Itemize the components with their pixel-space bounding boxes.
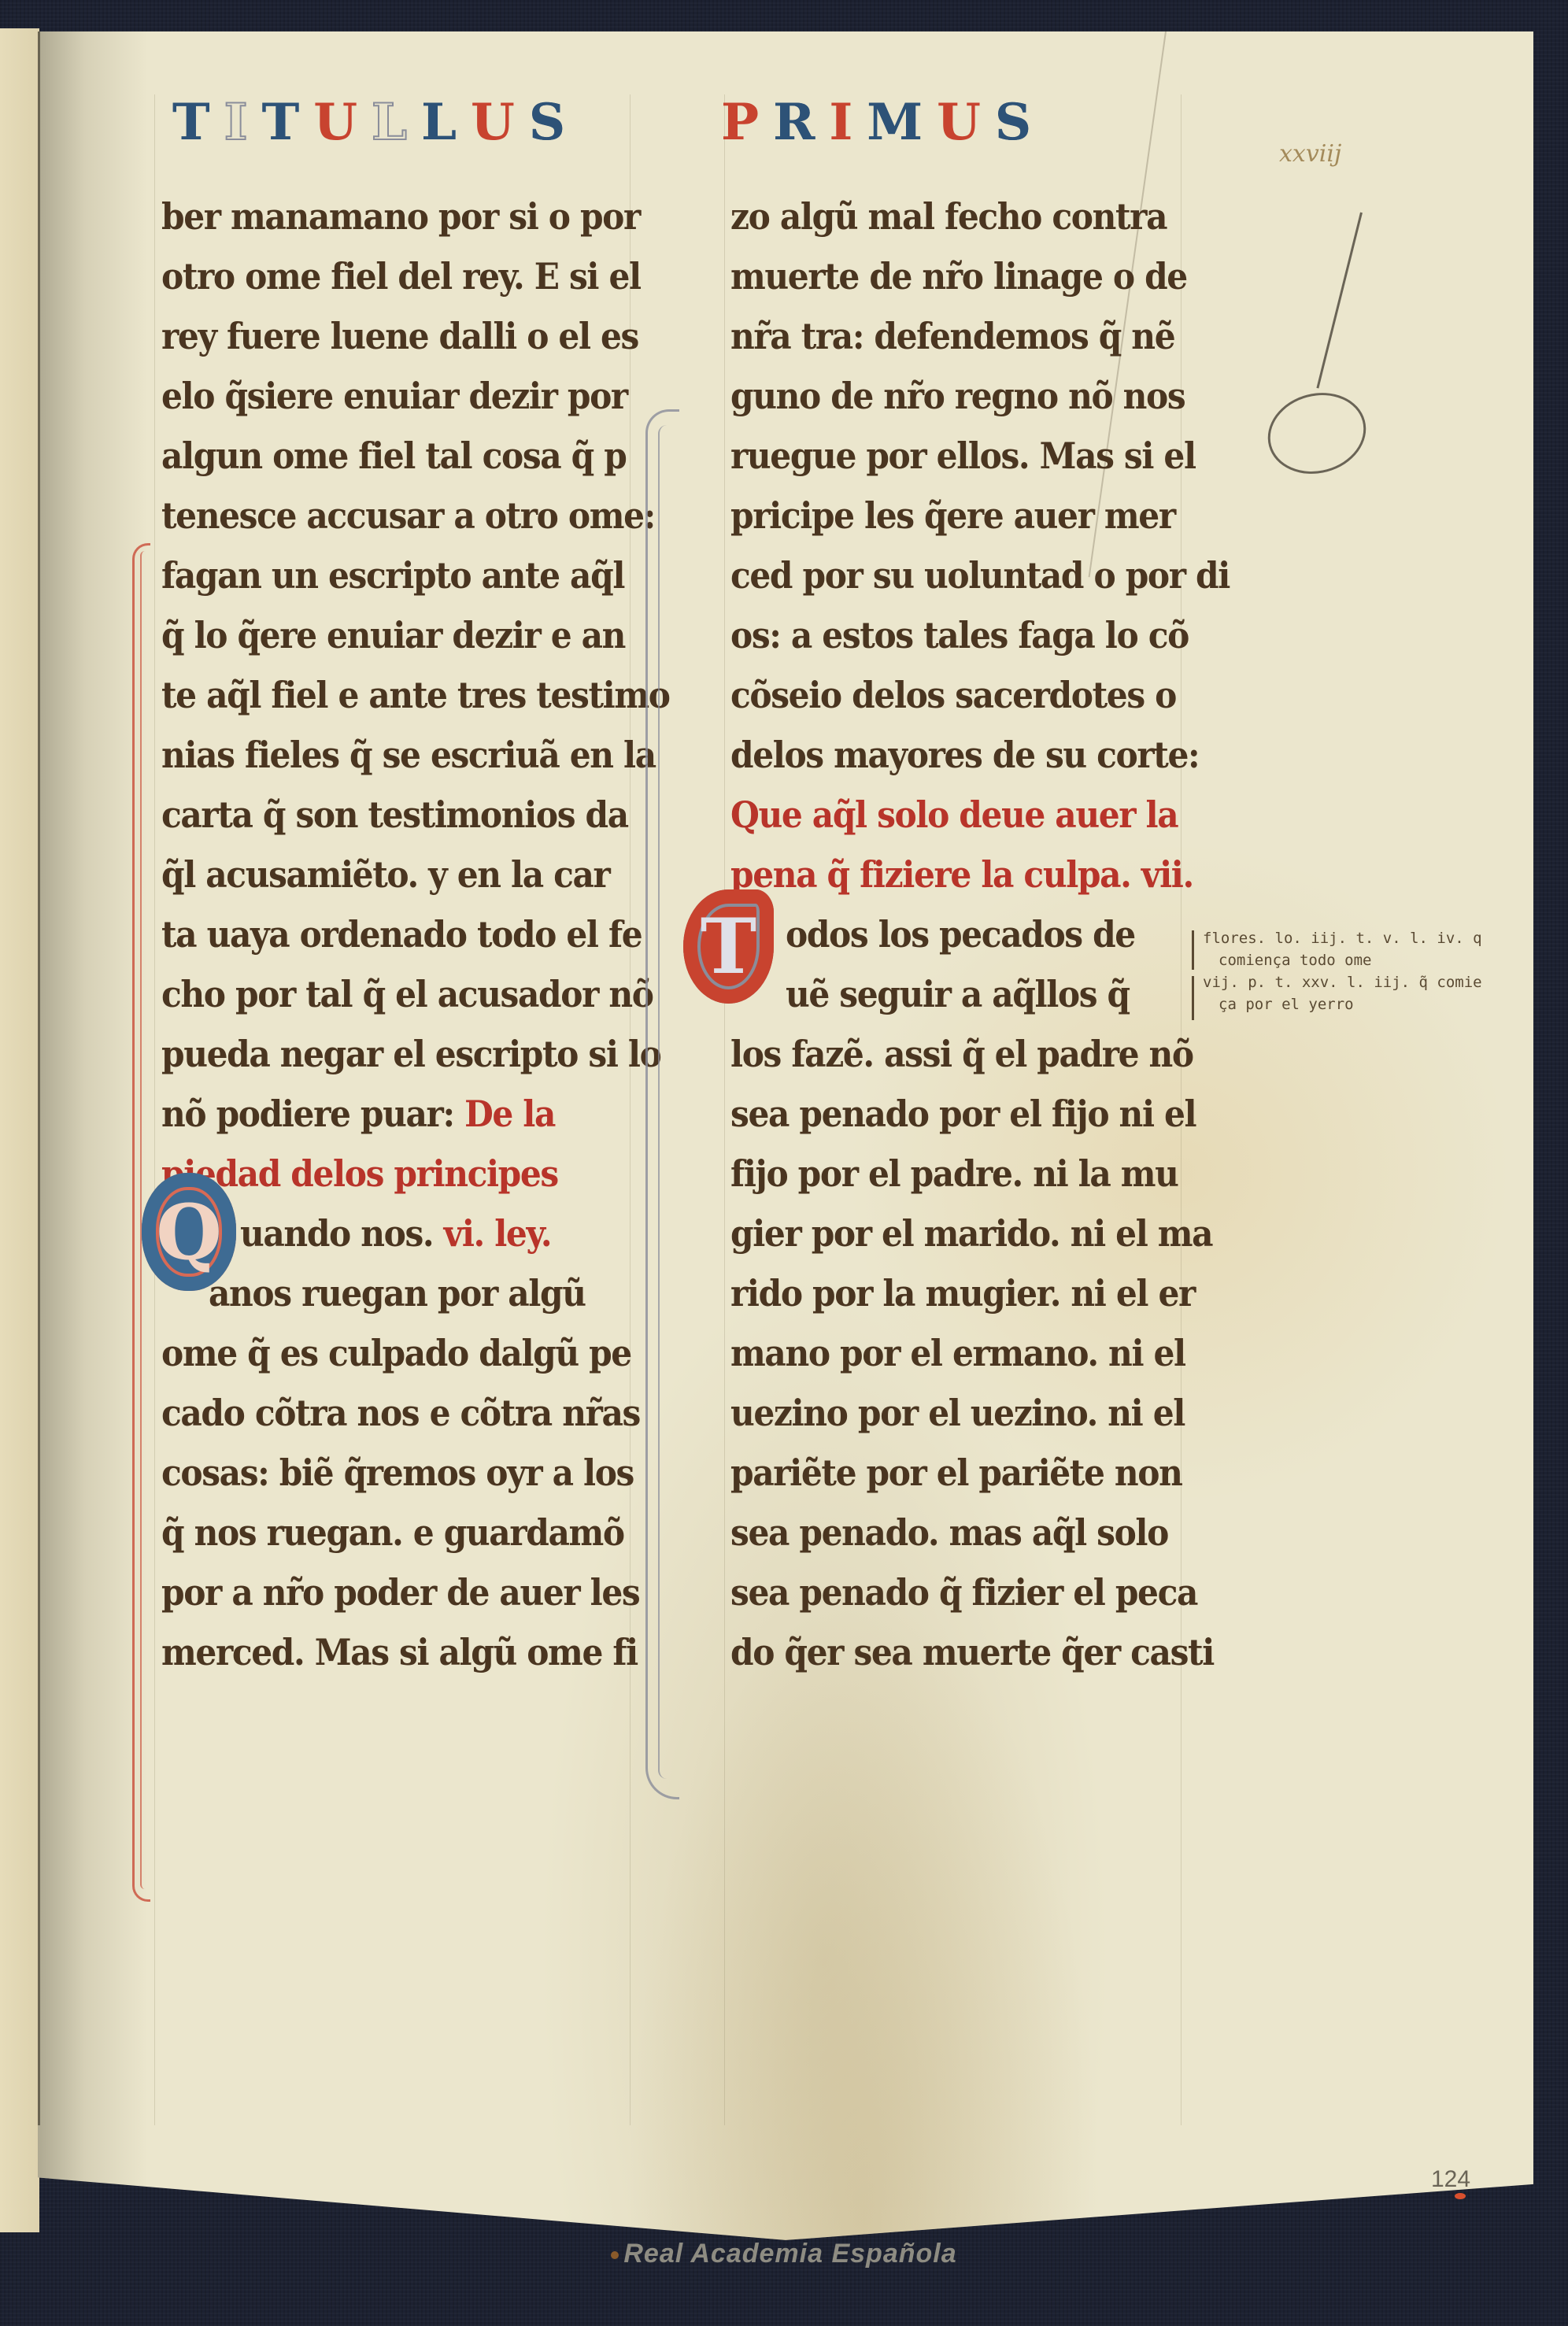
annotation-line: comiença todo ome (1203, 949, 1482, 971)
watermark-text: Real Academia Española (623, 2239, 956, 2269)
text-line: muerte de nr̃o linage o de (730, 255, 1187, 298)
text-line: pricipe les q̃ere auer mer (730, 494, 1175, 537)
text-line: algun ome fiel tal cosa q̃ p (161, 435, 626, 477)
text-line: ome q̃ es culpado dalgũ pe (161, 1332, 631, 1374)
text-line: ta uaya ordenado todo el fe (161, 913, 642, 956)
text-line: ber manamano por si o por (161, 195, 640, 238)
folio-number: 124 (1431, 2166, 1470, 2193)
text-line: uẽ seguir a aq̃llos q̃ (786, 973, 1130, 1015)
ruling-line (724, 94, 725, 2125)
text-line: fijo por el padre. ni la mu (730, 1152, 1178, 1195)
stain-dot (611, 2251, 619, 2259)
text-line: uando nos. vi. ley. (240, 1212, 551, 1255)
decorated-initial-t: T (683, 889, 774, 1004)
text-line: pueda negar el escripto si lo (161, 1033, 660, 1075)
rubric-line: Que aq̃l solo deue auer la (730, 793, 1178, 836)
top-margin-note: xxviij (1279, 140, 1341, 168)
text-line: sea penado q̃ fizier el peca (730, 1571, 1197, 1614)
text-line: delos mayores de su corte: (730, 734, 1199, 776)
text-line: q̃ nos ruegan. e guardamõ (161, 1511, 624, 1554)
text-line: rey fuere luene dalli o el es (161, 315, 638, 357)
red-folio-mark (1455, 2193, 1466, 2199)
text-line: anos ruegan por algũ (209, 1272, 586, 1315)
text-line: sea penado por el fijo ni el (730, 1093, 1196, 1135)
text-line: cõseio delos sacerdotes o (730, 674, 1176, 716)
text-line: te aq̃l fiel e ante tres testimo (161, 674, 670, 716)
text-line: nr̃a tra: defendemos q̃ nẽ (730, 315, 1174, 357)
text-fragment: nõ podiere puar: (161, 1093, 454, 1135)
rubric-line: pena q̃ fiziere la culpa. vii. (730, 853, 1193, 896)
decorated-initial-q: Q (142, 1173, 236, 1291)
annotation-line: flores. lo. iij. t. v. l. iv. q (1203, 927, 1482, 949)
red-penwork-flourish (140, 551, 150, 1889)
text-line: zo algũ mal fecho contra (730, 195, 1167, 238)
previous-page-edge (0, 28, 39, 2232)
text-line: do q̃er sea muerte q̃er casti (730, 1631, 1214, 1673)
bracket-icon (1192, 976, 1194, 1020)
text-line: guno de nr̃o regno nõ nos (730, 375, 1185, 417)
text-line: elo q̃siere enuiar dezir por (161, 375, 627, 417)
annotation-line: vij. p. t. xxv. l. iij. q̃ comie (1203, 971, 1482, 993)
text-line: merced. Mas si algũ ome fi (161, 1631, 638, 1673)
text-line: rido por la mugier. ni el er (730, 1272, 1195, 1315)
text-line: carta q̃ son testimonios da (161, 793, 628, 836)
gutter-shadow (38, 31, 40, 2125)
text-line: por a nr̃o poder de auer les (161, 1571, 639, 1614)
text-line: gier por el marido. ni el ma (730, 1212, 1212, 1255)
text-line: q̃ lo q̃ere enuiar dezir e an (161, 614, 625, 656)
marginal-annotation: flores. lo. iij. t. v. l. iv. q comiença… (1203, 927, 1482, 1015)
watermark: Real Academia Española (0, 2239, 1568, 2269)
text-line: cho por tal q̃ el acusador nõ (161, 973, 653, 1015)
running-heading-left: TITULLUS (169, 93, 576, 152)
text-line: q̃l acusamiẽto. y en la car (161, 853, 609, 896)
ruling-line (154, 94, 155, 2125)
text-line: otro ome fiel del rey. E si el (161, 255, 641, 298)
text-line: fagan un escripto ante aq̃l (161, 554, 624, 597)
grey-penwork-flourish (658, 425, 675, 1779)
text-line: cosas: biẽ q̃remos oyr a los (161, 1451, 634, 1494)
text-line: nias fieles q̃ se escriuã en la (161, 734, 656, 776)
text-line: uezino por el uezino. ni el (730, 1392, 1185, 1434)
annotation-line: ça por el yerro (1203, 993, 1482, 1015)
text-line: cado cõtra nos e cõtra nr̃as (161, 1392, 640, 1434)
text-line: pariẽte por el pariẽte non (730, 1451, 1182, 1494)
law-number-rubric: vi. ley. (444, 1212, 552, 1255)
running-heading-right: PRIMUS (718, 93, 1042, 152)
rubric: De la (464, 1093, 555, 1135)
text-line: mano por el ermano. ni el (730, 1332, 1185, 1374)
text-line: odos los pecados de (786, 913, 1135, 956)
manuscript-page (38, 31, 1533, 2267)
text-line: sea penado. mas aq̃l solo (730, 1511, 1168, 1554)
text-line: os: a estos tales faga lo cõ (730, 614, 1189, 656)
text-line: ruegue por ellos. Mas si el (730, 435, 1196, 477)
text-line: nõ podiere puar: De la (161, 1093, 555, 1135)
bracket-icon (1192, 930, 1194, 970)
text-line: los fazẽ. assi q̃ el padre nõ (730, 1033, 1193, 1075)
text-line: ced por su uoluntad o por di (730, 554, 1230, 597)
ruling-line (630, 94, 631, 2125)
text-fragment: uando nos. (240, 1212, 433, 1255)
text-line: tenesce accusar a otro ome: (161, 494, 655, 537)
